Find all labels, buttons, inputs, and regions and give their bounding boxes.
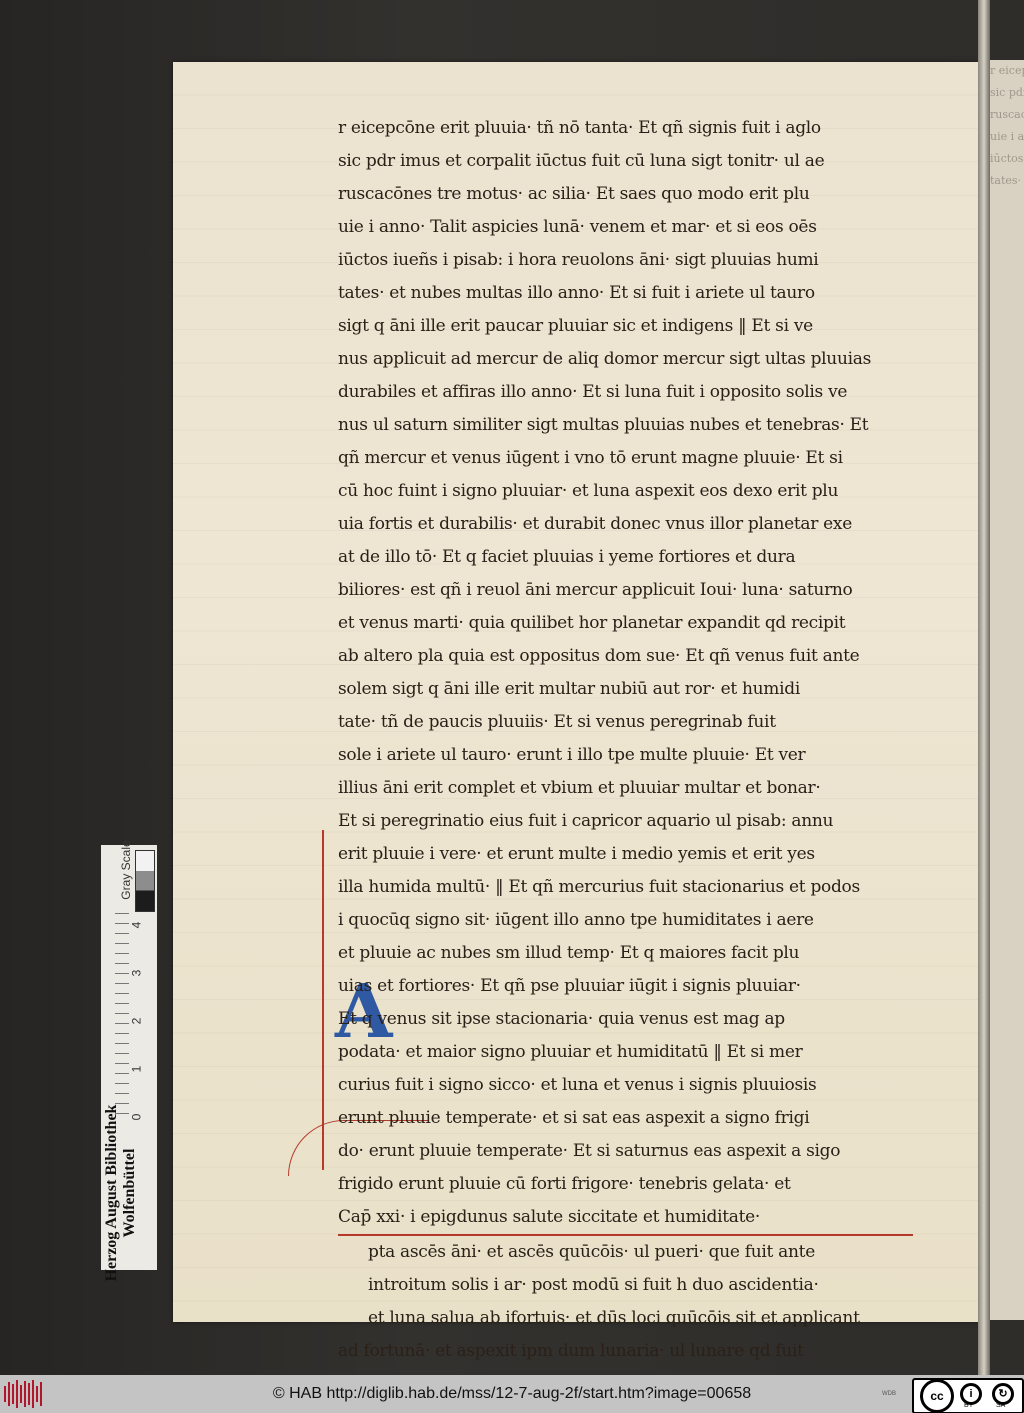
manuscript-line: uias et fortiores· Et qñ pse pluuiar iūg…: [338, 970, 913, 1003]
manuscript-line: pta ascēs āni· et ascēs quūcōis· ul puer…: [338, 1236, 913, 1269]
manuscript-line: durabiles et affiras illo anno· Et si lu…: [338, 376, 913, 409]
manuscript-line: nus applicuit ad mercur de aliq domor me…: [338, 343, 913, 376]
copyright-link[interactable]: © HAB http://diglib.hab.de/mss/12-7-aug-…: [0, 1385, 1024, 1403]
manuscript-line: et pluuie ac nubes sm illud temp· Et q m…: [338, 937, 913, 970]
facing-page-text: uie i anno· Talit aspicies lunā· venem e…: [990, 126, 1024, 148]
manuscript-line: ab altero pla quia est oppositus dom sue…: [338, 640, 913, 673]
manuscript-line: Et si peregrinatio eius fuit i capricor …: [338, 805, 913, 838]
book-gutter: [978, 0, 990, 1375]
viewer-footer: © HAB http://diglib.hab.de/mss/12-7-aug-…: [0, 1375, 1024, 1413]
manuscript-line: cū hoc fuint i signo pluuiar· et luna as…: [338, 475, 913, 508]
manuscript-line: at de illo tō· Et q faciet pluuias i yem…: [338, 541, 913, 574]
manuscript-line: ad fortunā· et aspexit ipm dum lunaria· …: [338, 1335, 913, 1368]
ruler-number: 4: [129, 922, 143, 929]
manuscript-line: do· erunt pluuie temperate· Et si saturn…: [338, 1135, 913, 1168]
manuscript-line: podata· et maior signo pluuiar et humidi…: [338, 1036, 913, 1069]
ruler-number: 3: [129, 970, 143, 977]
facing-page-text: sic pdr imus et corpalit iūctus fuit cū …: [990, 82, 1024, 104]
manuscript-line: Et q venus sit ipse stacionaria· quia ve…: [338, 1003, 913, 1036]
cc-license-badge[interactable]: cc i BY ↻ SA: [912, 1378, 1024, 1413]
manuscript-line: curius fuit i signo sicco· et luna et ve…: [338, 1069, 913, 1102]
manuscript-line: r eicepcōne erit pluuia· tñ nō tanta· Et…: [338, 112, 913, 145]
manuscript-line: et venus marti· quia quilibet hor planet…: [338, 607, 913, 640]
manuscript-line: Cap̄ xxi· i epigdunus salute siccitate e…: [338, 1201, 913, 1236]
grayscale-swatch: [135, 850, 155, 912]
manuscript-line: tate· tñ de paucis pluuiis· Et si venus …: [338, 706, 913, 739]
manuscript-line: illius āni erit complet et vbium et pluu…: [338, 772, 913, 805]
institution-name: Herzog August Bibliothek: [103, 1003, 121, 1383]
manuscript-line: ruscacōnes tre motus· ac silia· Et saes …: [338, 178, 913, 211]
institution-city: Wolfenbüttel: [121, 1003, 139, 1383]
facing-page-edge: r eicepcōne erit pluuia· tñ nō tanta· Et…: [990, 60, 1024, 1320]
manuscript-line: erit pluuie i vere· et erunt multe i med…: [338, 838, 913, 871]
facing-page-text: r eicepcōne erit pluuia· tñ nō tanta· Et…: [990, 60, 1024, 82]
manuscript-line: sic pdr imus et corpalit iūctus fuit cū …: [338, 145, 913, 178]
manuscript-line: uia fortis et durabilis· et durabit done…: [338, 508, 913, 541]
manuscript-line: frigido erunt pluuie cū forti frigore· t…: [338, 1168, 913, 1201]
manuscript-line: qñ mercur et venus iūgent i vno tō erunt…: [338, 442, 913, 475]
manuscript-line: illa humida multū· ‖ Et qñ mercurius fui…: [338, 871, 913, 904]
cc-icon: cc: [920, 1379, 954, 1413]
wdb-mark: WDB: [882, 1391, 896, 1397]
by-label: BY: [964, 1402, 973, 1409]
manuscript-line: uie i anno· Talit aspicies lunā· venem e…: [338, 211, 913, 244]
manuscript-line: nus ul saturn similiter sigt multas pluu…: [338, 409, 913, 442]
facing-page-text: tates· et nubes multas illo anno· Et si …: [990, 170, 1024, 192]
scale-ruler: Gray Scale 0 1 2 3 4 Herzog August Bibli…: [101, 845, 157, 1270]
manuscript-line: sigt q āni ille erit paucar pluuiar sic …: [338, 310, 913, 343]
facing-page-text: iūctos iueñs i pisab: i hora reuolons ān…: [990, 148, 1024, 170]
manuscript-line: tates· et nubes multas illo anno· Et si …: [338, 277, 913, 310]
manuscript-line: solem sigt q āni ille erit multar nubiū …: [338, 673, 913, 706]
manuscript-line: i quocūq signo sit· iūgent illo anno tpe…: [338, 904, 913, 937]
manuscript-line: iūctos iueñs i pisab: i hora reuolons ān…: [338, 244, 913, 277]
sa-label: SA: [996, 1402, 1005, 1409]
institution-label: Herzog August Bibliothek Wolfenbüttel: [103, 1003, 139, 1383]
manuscript-text-block: r eicepcōne erit pluuia· tñ nō tanta· Et…: [338, 112, 913, 1368]
manuscript-line: biliores· est qñ i reuol āni mercur appl…: [338, 574, 913, 607]
manuscript-line: introitum solis i ar· post modū si fuit …: [338, 1269, 913, 1302]
manuscript-line: et luna salua ab ifortuis· et dūs loci q…: [338, 1302, 913, 1335]
facing-page-text: ruscacōnes tre motus· ac silia· Et saes …: [990, 104, 1024, 126]
red-flourish-border: [322, 830, 332, 1170]
manuscript-line: sole i ariete ul tauro· erunt i illo tpe…: [338, 739, 913, 772]
manuscript-line: erunt pluuie temperate· et si sat eas as…: [338, 1102, 913, 1135]
grayscale-label: Gray Scale: [119, 835, 133, 905]
